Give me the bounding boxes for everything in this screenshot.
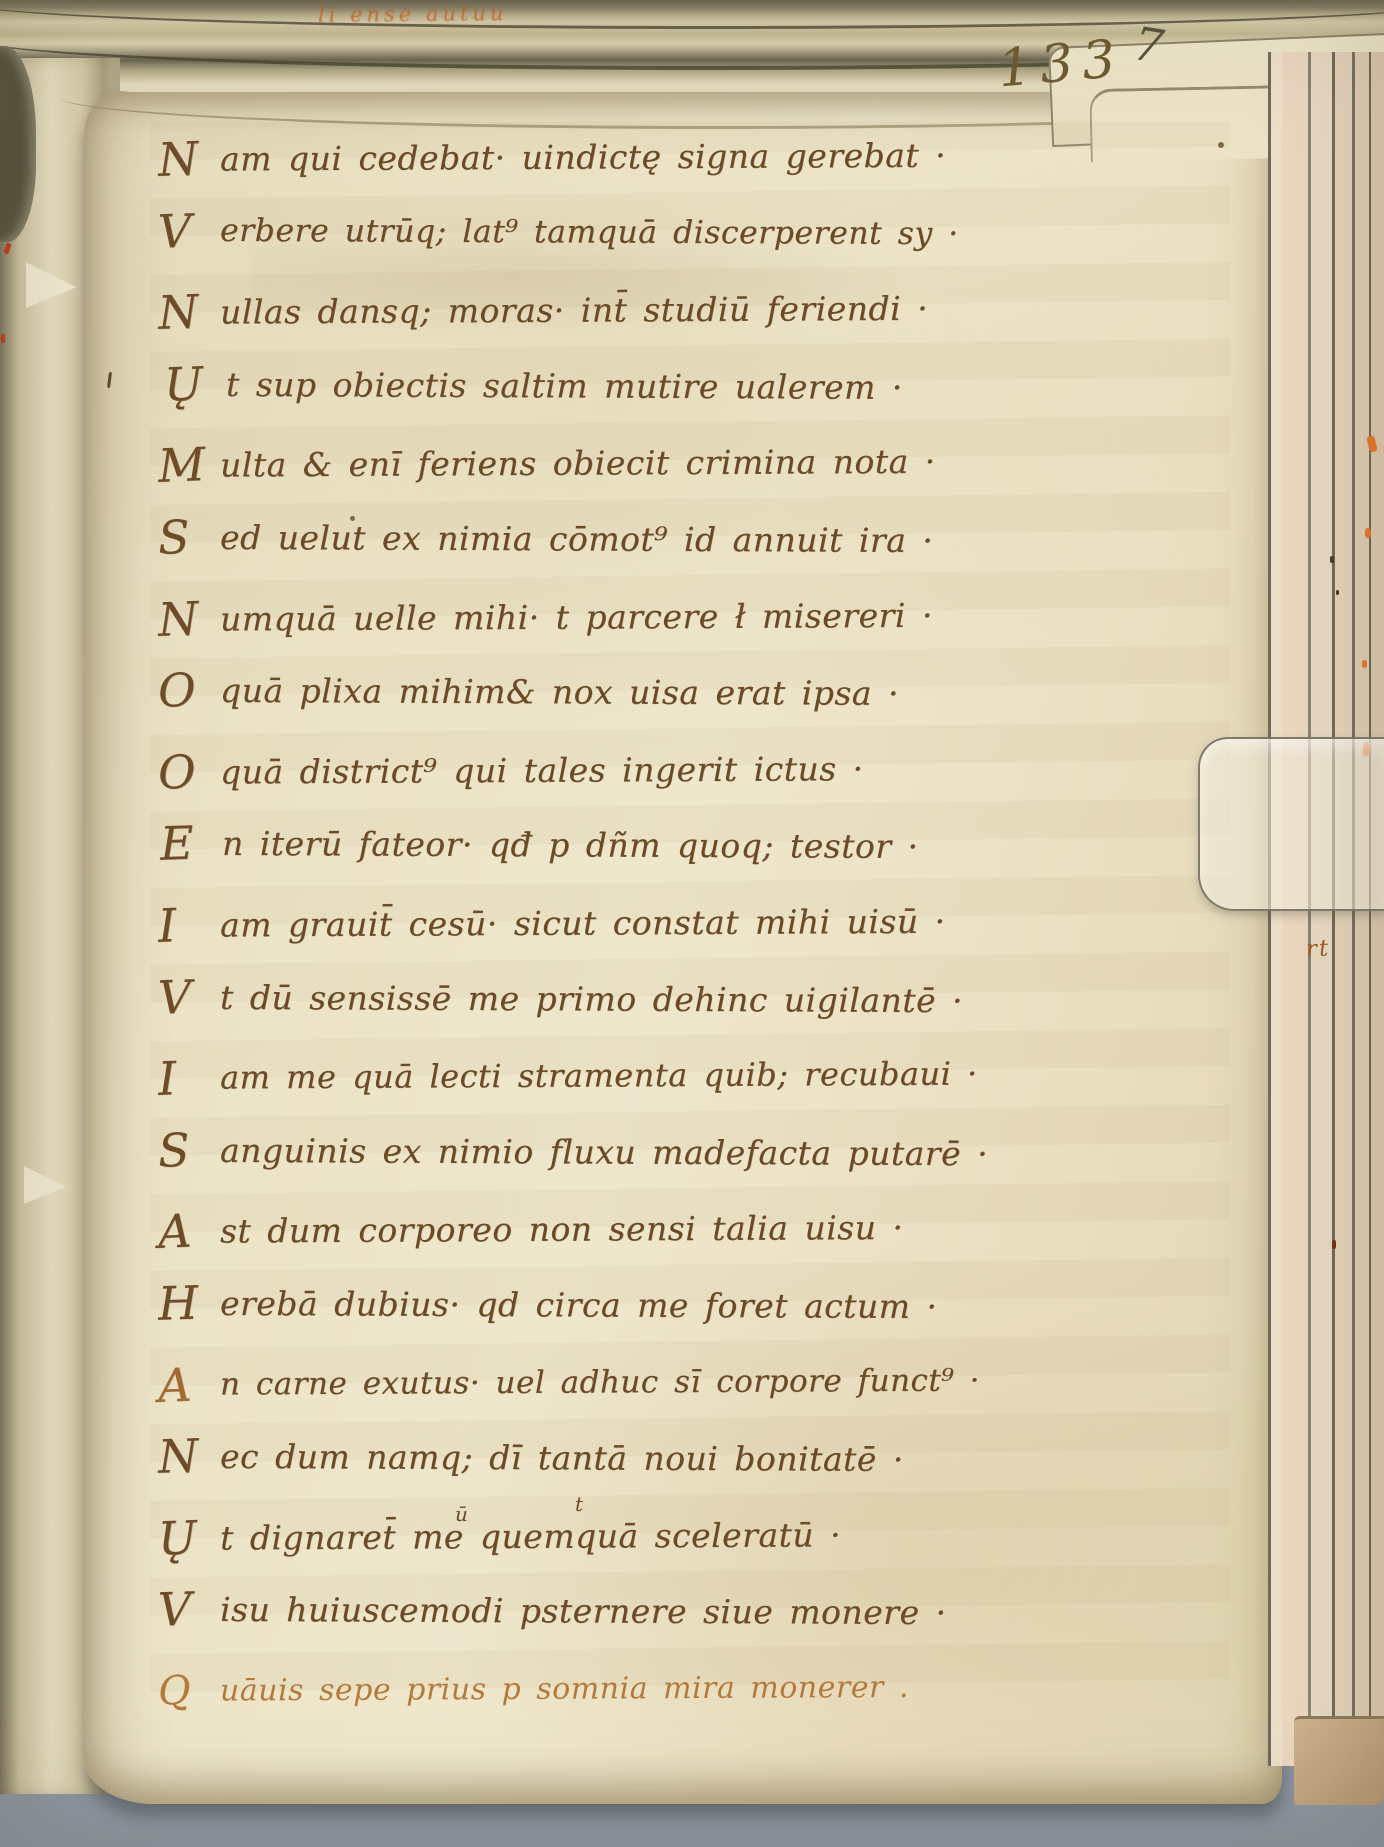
line-initial: Q (157, 1667, 221, 1715)
text-line-light-ink: Quāuis sepe prius p somnia mira monerer … (158, 1647, 1248, 1729)
ink-dot (1218, 142, 1224, 148)
text-line: Iam me quā lecti stramenta quib; recubau… (158, 1034, 1248, 1116)
line-initial: N (157, 1428, 221, 1484)
line-text: uāuis sepe prius p somnia mira monerer . (220, 1670, 909, 1709)
line-initial: Ų (163, 356, 227, 412)
line-initial: N (157, 590, 221, 646)
line-text: ed uelut ex nimia cōmot⁹ id annuit ira · (220, 518, 933, 560)
line-initial: V (157, 969, 221, 1025)
fore-edge-text-fragment: rt (1305, 935, 1331, 962)
line-initial: A (157, 1356, 221, 1412)
line-text: quā plixa mihim& nox uisa erat ipsa · (220, 671, 899, 713)
line-initial: I (157, 1050, 221, 1106)
line-initial: S (157, 509, 221, 565)
line-initial: N (157, 131, 221, 187)
binding-clasp (0, 46, 36, 242)
line-text: erbere utrūq; lat⁹ tamquā discerperent s… (220, 213, 959, 252)
line-initial: M (157, 437, 221, 493)
text-line: Visu huiuscemodi psternere siue monere · (158, 1571, 1248, 1652)
manuscript-photo: li ense autuu rt 133 7 Nam qui cedebat· … (0, 0, 1384, 1847)
line-initial: N (157, 284, 221, 340)
text-line: Ųt sup obiectis saltim mutire ualerem · (164, 345, 1248, 426)
interlinear-correction: ū (455, 1502, 468, 1526)
line-text: ullas dansq; moras· int̄ studiū feriendi… (220, 289, 928, 332)
text-line: Sanguinis ex nimio fluxu madefacta putar… (158, 1111, 1248, 1192)
line-text: isu huiuscemodi psternere siue monere · (220, 1590, 947, 1632)
text-block: Nam qui cedebat· uindictę signa gerebat … (158, 118, 1248, 1726)
dark-speck (1330, 556, 1334, 563)
text-line: Oquā plixa mihim& nox uisa erat ipsa · (158, 652, 1248, 733)
line-initial: E (159, 815, 223, 871)
text-line: Herebā dubius· qd circa me foret actum · (158, 1265, 1248, 1346)
orange-speck (1365, 528, 1371, 538)
line-text: umquā uelle mihi· t parcere ł misereri · (220, 595, 933, 638)
text-line: Ųt dignaret̄ me quemquā sceleratū · (158, 1494, 1248, 1576)
orange-speck (1362, 660, 1367, 668)
line-text: t sup obiectis saltim mutire ualerem · (226, 364, 903, 406)
line-initial: S (157, 1122, 221, 1178)
line-text: n iterū fateor· qđ p dñm quoq; testor · (222, 824, 919, 866)
text-line: Nam qui cedebat· uindictę signa gerebat … (158, 115, 1248, 197)
text-line: Nullas dansq; moras· int̄ studiū feriend… (158, 268, 1248, 350)
red-ink-speck (1, 334, 5, 343)
line-text: ulta & enī feriens obiecit crimina nota … (220, 442, 936, 485)
text-line: En iterū fateor· qđ p dñm quoq; testor · (160, 805, 1248, 886)
dark-speck (1336, 590, 1339, 595)
text-line: Ast dum corporeo non sensi talia uisu · (158, 1187, 1248, 1269)
top-edge-writing: li ense autuu (318, 1, 508, 27)
text-line: Multa & enī feriens obiecit crimina nota… (158, 422, 1248, 504)
line-text: t dignaret̄ me quemquā sceleratū · (220, 1515, 841, 1557)
text-line: Numquā uelle mihi· t parcere ł misereri … (158, 575, 1248, 657)
line-initial: V (157, 203, 221, 259)
line-text: t dū sensissē me primo dehinc uigilantē … (220, 977, 963, 1019)
text-line: Nec dum namq; dī tantā noui bonitatē · (158, 1418, 1248, 1499)
line-text: anguinis ex nimio fluxu madefacta putarē… (220, 1130, 988, 1172)
line-text: ec dum namq; dī tantā noui bonitatē · (220, 1437, 904, 1479)
text-line: Verbere utrūq; lat⁹ tamquā discerperent … (158, 192, 1248, 273)
line-initial: I (157, 897, 221, 953)
folio-number: 133 (996, 29, 1127, 100)
text-line: Sed uelut ex nimia cōmot⁹ id annuit ira … (158, 499, 1248, 580)
red-ink-speck (3, 242, 11, 254)
binding-corner (1294, 1716, 1384, 1805)
dark-speck (1332, 1240, 1336, 1249)
text-line: Oquā district⁹ qui tales ingerit ictus · (158, 728, 1248, 810)
text-line: An carne exutus· uel adhuc sī corpore fu… (158, 1341, 1248, 1423)
line-text: am me quā lecti stramenta quib; recubaui… (220, 1055, 978, 1097)
line-initial: O (157, 744, 221, 800)
line-initial: H (157, 1275, 221, 1331)
line-text: erebā dubius· qd circa me foret actum · (220, 1284, 938, 1326)
line-initial: Ų (157, 1509, 221, 1565)
line-initial: V (157, 1581, 221, 1637)
line-initial: O (157, 662, 221, 718)
text-line: Vt dū sensissē me primo dehinc uigilantē… (158, 958, 1248, 1039)
text-line: Iam grauit̄ cesū· sicut constat mihi uis… (158, 881, 1248, 963)
line-initial: A (157, 1203, 221, 1259)
line-text: quā district⁹ qui tales ingerit ictus · (220, 749, 864, 791)
line-text: st dum corporeo non sensi talia uisu · (220, 1208, 904, 1251)
ink-dot (350, 516, 355, 521)
line-text: am grauit̄ cesū· sicut constat mihi uisū… (220, 901, 946, 944)
line-text: n carne exutus· uel adhuc sī corpore fun… (220, 1362, 980, 1402)
interlinear-correction: t (575, 1492, 583, 1516)
line-text: am qui cedebat· uindictę signa gerebat · (220, 136, 946, 179)
